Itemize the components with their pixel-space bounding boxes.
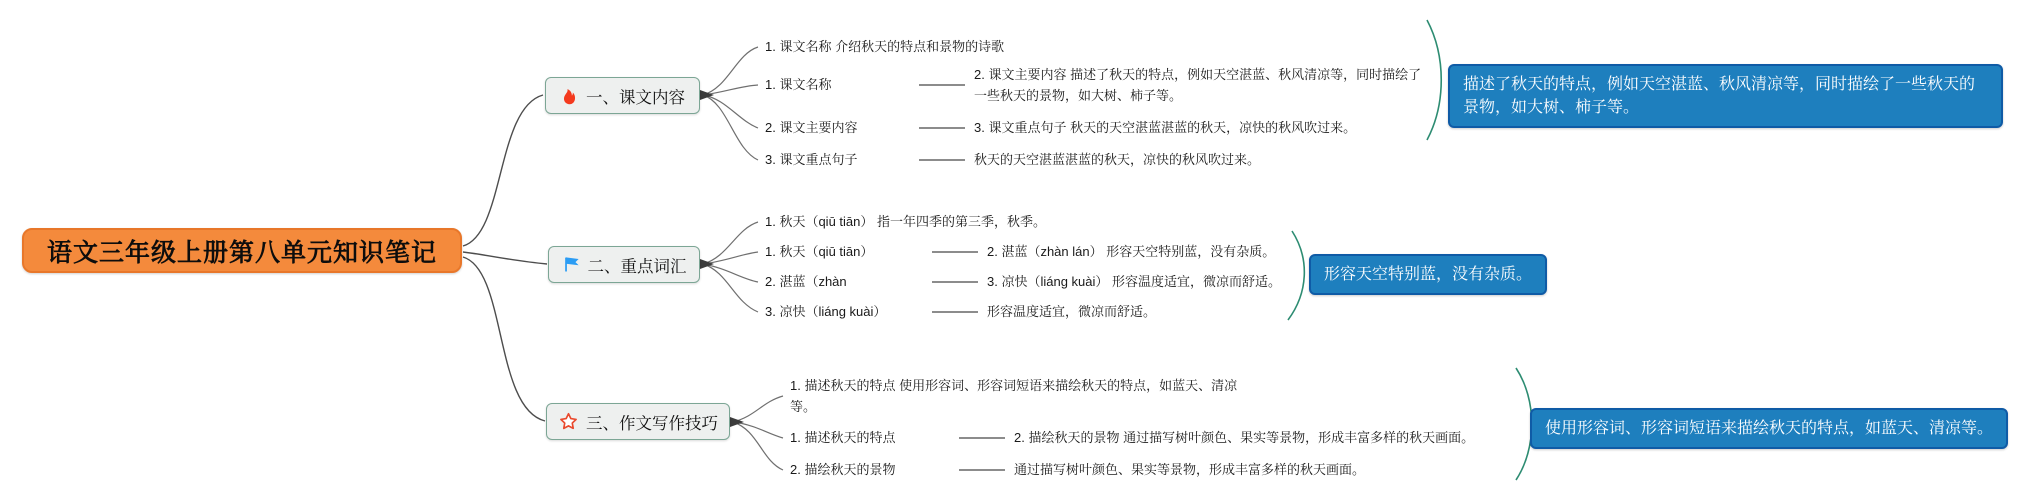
branch-node-course-content[interactable]: 一、课文内容 [545, 77, 700, 114]
item-text: 通过描写树叶颜色、果实等景物，形成丰富多样的秋天画面。 [1014, 460, 1365, 480]
summary-bracket-1 [1427, 20, 1441, 140]
list-item[interactable]: 3. 课文重点句子 秋天的天空湛蓝湛蓝的秋天，凉快的秋风吹过来。 [765, 150, 1260, 170]
item-text: 2. 描绘秋天的景物 通过描写树叶颜色、果实等景物，形成丰富多样的秋天画面。 [1014, 428, 1474, 448]
item-label: 2. 湛蓝（zhàn [765, 272, 923, 292]
list-item[interactable]: 1. 课文名称 2. 课文主要内容 描述了秋天的特点，例如天空湛蓝、秋风清凉等，… [765, 64, 1422, 106]
list-item[interactable]: 3. 凉快（liáng kuài） 形容温度适宜，微凉而舒适。 [765, 302, 1156, 322]
item-text: 3. 凉快（liáng kuài） 形容温度适宜，微凉而舒适。 [987, 272, 1281, 292]
branch2-arrow [700, 259, 714, 269]
connector-dash [919, 159, 965, 161]
item-label: 1. 课文名称 [765, 75, 910, 95]
item-label: 2. 课文主要内容 [765, 118, 910, 138]
item-text: 2. 课文主要内容 描述了秋天的特点，例如天空湛蓝、秋风清凉等，同时描绘了一些秋… [974, 64, 1422, 106]
list-item[interactable]: 2. 描绘秋天的景物 通过描写树叶颜色、果实等景物，形成丰富多样的秋天画面。 [790, 460, 1365, 480]
list-item[interactable]: 1. 秋天（qiū tiān） 2. 湛蓝（zhàn lán） 形容天空特别蓝，… [765, 242, 1275, 262]
item-label: 3. 课文重点句子 [765, 150, 910, 170]
branch3-arrow [730, 417, 744, 427]
summary-callout-3[interactable]: 使用形容词、形容词短语来描绘秋天的特点，如蓝天、清凉等。 [1530, 408, 2008, 449]
item-text: 1. 课文名称 介绍秋天的特点和景物的诗歌 [765, 37, 1004, 57]
branch-label: 二、重点词汇 [588, 253, 687, 277]
summary-callout-1[interactable]: 描述了秋天的特点，例如天空湛蓝、秋风清凉等，同时描绘了一些秋天的景物，如大树、柿… [1448, 64, 2003, 128]
connector-dash [919, 84, 965, 86]
branch-label: 一、课文内容 [586, 84, 685, 108]
item-label: 2. 描绘秋天的景物 [790, 460, 950, 480]
star-icon [558, 411, 579, 432]
connector-dash [959, 437, 1005, 439]
connector-dash [932, 281, 978, 283]
list-item[interactable]: 1. 描述秋天的特点 2. 描绘秋天的景物 通过描写树叶颜色、果实等景物，形成丰… [790, 428, 1474, 448]
connector-dash [959, 469, 1005, 471]
item-label: 1. 描述秋天的特点 [790, 428, 950, 448]
item-text: 秋天的天空湛蓝湛蓝的秋天，凉快的秋风吹过来。 [974, 150, 1260, 170]
item-text: 1. 秋天（qiū tiān） 指一年四季的第三季，秋季。 [765, 212, 1046, 232]
item-text: 形容温度适宜，微凉而舒适。 [987, 302, 1156, 322]
summary-bracket-2 [1288, 231, 1304, 320]
item-label: 3. 凉快（liáng kuài） [765, 302, 923, 322]
connector-dash [919, 127, 965, 129]
fire-icon [560, 86, 579, 105]
wire-root-branch2 [463, 252, 547, 264]
branch-node-writing-skills[interactable]: 三、作文写作技巧 [546, 403, 730, 440]
connector-dash [932, 251, 978, 253]
list-item[interactable]: 2. 课文主要内容 3. 课文重点句子 秋天的天空湛蓝湛蓝的秋天，凉快的秋风吹过… [765, 118, 1356, 138]
item-text: 2. 湛蓝（zhàn lán） 形容天空特别蓝，没有杂质。 [987, 242, 1275, 262]
flag-icon [562, 255, 581, 274]
item-text: 3. 课文重点句子 秋天的天空湛蓝湛蓝的秋天，凉快的秋风吹过来。 [974, 118, 1356, 138]
root-node[interactable]: 语文三年级上册第八单元知识笔记 [22, 228, 462, 273]
list-item[interactable]: 2. 湛蓝（zhàn 3. 凉快（liáng kuài） 形容温度适宜，微凉而舒… [765, 272, 1281, 292]
summary-callout-2[interactable]: 形容天空特别蓝，没有杂质。 [1309, 254, 1547, 295]
list-item[interactable]: 1. 描述秋天的特点 使用形容词、形容词短语来描绘秋天的特点，如蓝天、清凉等。 [790, 375, 1238, 417]
list-item[interactable]: 1. 课文名称 介绍秋天的特点和景物的诗歌 [765, 37, 1004, 57]
mindmap-canvas: 语文三年级上册第八单元知识笔记 一、课文内容 二、重点词汇 三、作文写作技巧 1… [0, 0, 2040, 500]
item-text: 1. 描述秋天的特点 使用形容词、形容词短语来描绘秋天的特点，如蓝天、清凉等。 [790, 375, 1238, 417]
wire-root-branch1 [463, 95, 543, 246]
branch-node-key-vocabulary[interactable]: 二、重点词汇 [548, 246, 700, 283]
wire-root-branch3 [463, 257, 545, 421]
item-label: 1. 秋天（qiū tiān） [765, 242, 923, 262]
connector-dash [932, 311, 978, 313]
list-item[interactable]: 1. 秋天（qiū tiān） 指一年四季的第三季，秋季。 [765, 212, 1046, 232]
branch1-arrow [700, 90, 714, 100]
branch-label: 三、作文写作技巧 [586, 410, 718, 434]
